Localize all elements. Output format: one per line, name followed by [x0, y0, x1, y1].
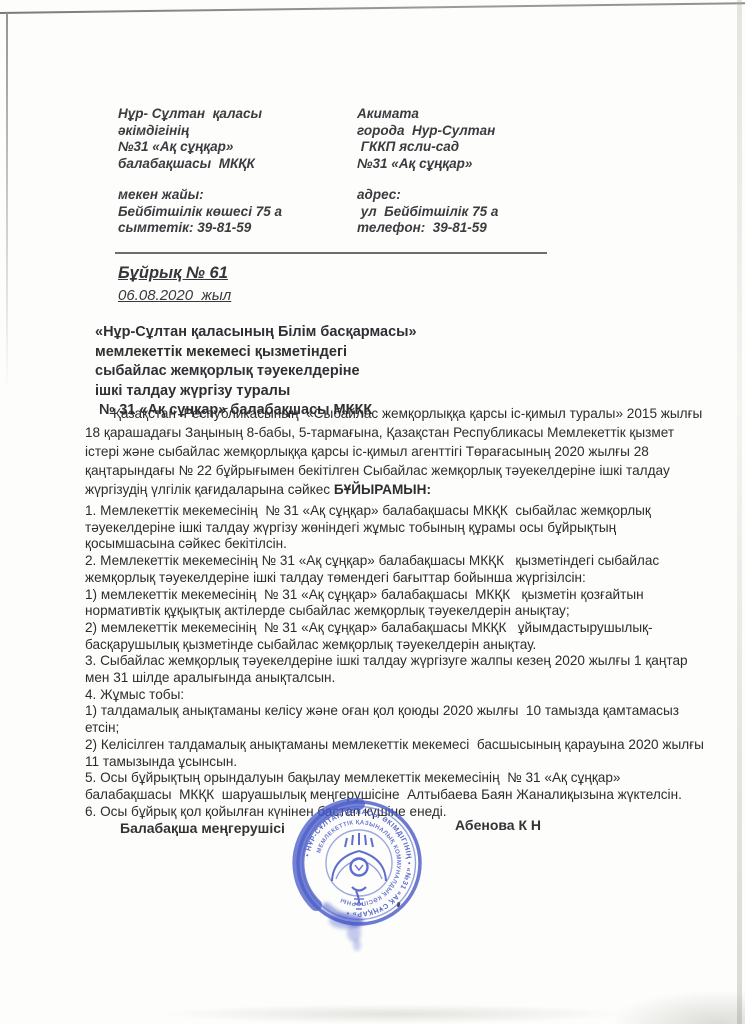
- org-line: Акимата: [357, 106, 498, 123]
- scan-edge-right: [737, 0, 742, 1024]
- order-item-4-sub-2: 2) Келісілген талдамалық анықтаманы мемл…: [85, 737, 709, 770]
- address-line: ул Бейбітшілік 75 а: [357, 204, 498, 221]
- order-item-3: 3. Сыбайлас жемқорлық тәуекелдеріне ішкі…: [85, 653, 709, 686]
- scan-edge-left: [6, 13, 8, 433]
- org-line: №31 «Ақ сұңқар»: [118, 139, 282, 156]
- signature-name: Абенова К Н: [455, 817, 541, 833]
- order-items: 1. Мемлекеттік мекемесінің № 31 «Ақ сұңқ…: [85, 503, 709, 820]
- header-left-column: Нұр- Сұлтан қаласы әкімдігінің №31 «Ақ с…: [118, 106, 282, 237]
- scanned-document-page: Нұр- Сұлтан қаласы әкімдігінің №31 «Ақ с…: [0, 0, 745, 1024]
- subject-line: мемлекеттік мекемесі қызметіндегі: [95, 343, 417, 363]
- order-item-4-sub-1: 1) талдамалық анықтаманы келісу және оға…: [85, 703, 709, 736]
- signature-role: Балабақша меңгерушісі: [120, 820, 285, 836]
- header-divider-line: [115, 252, 547, 254]
- scan-smudge-corner: [615, 992, 745, 1024]
- address-line: адрес:: [357, 187, 498, 204]
- phone-line: сымтетік: 39-81-59: [118, 220, 282, 237]
- order-preamble: Қазақстан Республикасының «Сыбайлас жемқ…: [85, 404, 707, 499]
- org-line: №31 «Ақ сұңқар»: [357, 156, 498, 173]
- org-line: Нұр- Сұлтан қаласы: [118, 106, 282, 123]
- svg-text:МЕМЛЕКЕТТІК ҚАЗЫНАЛЫҚ КОММУНАЛ: МЕМЛЕКЕТТІК ҚАЗЫНАЛЫҚ КОММУНАЛДЫҚ КӘСІПО…: [316, 820, 401, 906]
- org-line: әкімдігінің: [118, 123, 282, 140]
- order-item-1: 1. Мемлекеттік мекемесінің № 31 «Ақ сұңқ…: [85, 503, 709, 553]
- official-stamp-seal: • НҰР-СҰЛТАН ҚАЛАСЫ ӘКІМДІГІНІҢ • «№31 «…: [286, 795, 434, 953]
- stamp-smudge-tail: [329, 913, 363, 951]
- org-line: города Нур-Султан: [357, 123, 498, 140]
- org-line: балабақшасы МКҚК: [118, 156, 282, 173]
- address-line: мекен жайы:: [118, 187, 282, 204]
- order-item-2: 2. Мемлекеттік мекемесінің № 31 «Ақ сұңқ…: [85, 553, 709, 586]
- order-item-2-sub-2: 2) мемлекеттік мекемесінің № 31 «Ақ сұңқ…: [85, 620, 709, 653]
- address-line: Бейбітшілік көшесі 75 а: [118, 204, 282, 221]
- scan-edge-top: [0, 2, 745, 14]
- order-title: Бұйрық № 61: [118, 264, 228, 283]
- org-line: ГККП ясли-сад: [357, 139, 498, 156]
- address-block: адрес: ул Бейбітшілік 75 а телефон: 39-8…: [357, 187, 498, 237]
- order-item-2-sub-1: 1) мемлекеттік мекемесінің № 31 «Ақ сұңқ…: [85, 587, 709, 620]
- phone-line: телефон: 39-81-59: [357, 220, 498, 237]
- scan-smudge-bottom: [160, 1004, 630, 1024]
- order-item-4: 4. Жұмыс тобы:: [85, 687, 709, 704]
- subject-line: «Нұр-Сұлтан қаласының Білім басқармасы»: [95, 323, 417, 343]
- address-block: мекен жайы: Бейбітшілік көшесі 75 а сымт…: [118, 187, 282, 237]
- subject-line: сыбайлас жемқорлық тәуекелдеріне: [95, 362, 417, 382]
- subject-line: ішкі талдау жүргізу туралы: [95, 382, 417, 402]
- stamp-ring-text-inner: МЕМЛЕКЕТТІК ҚАЗЫНАЛЫҚ КОММУНАЛДЫҚ КӘСІПО…: [316, 820, 401, 906]
- preamble-decree-word: БҰЙЫРАМЫН:: [334, 482, 431, 497]
- header-right-column: Акимата города Нур-Султан ГККП ясли-сад …: [357, 106, 498, 237]
- order-date: 06.08.2020 жыл: [118, 287, 231, 304]
